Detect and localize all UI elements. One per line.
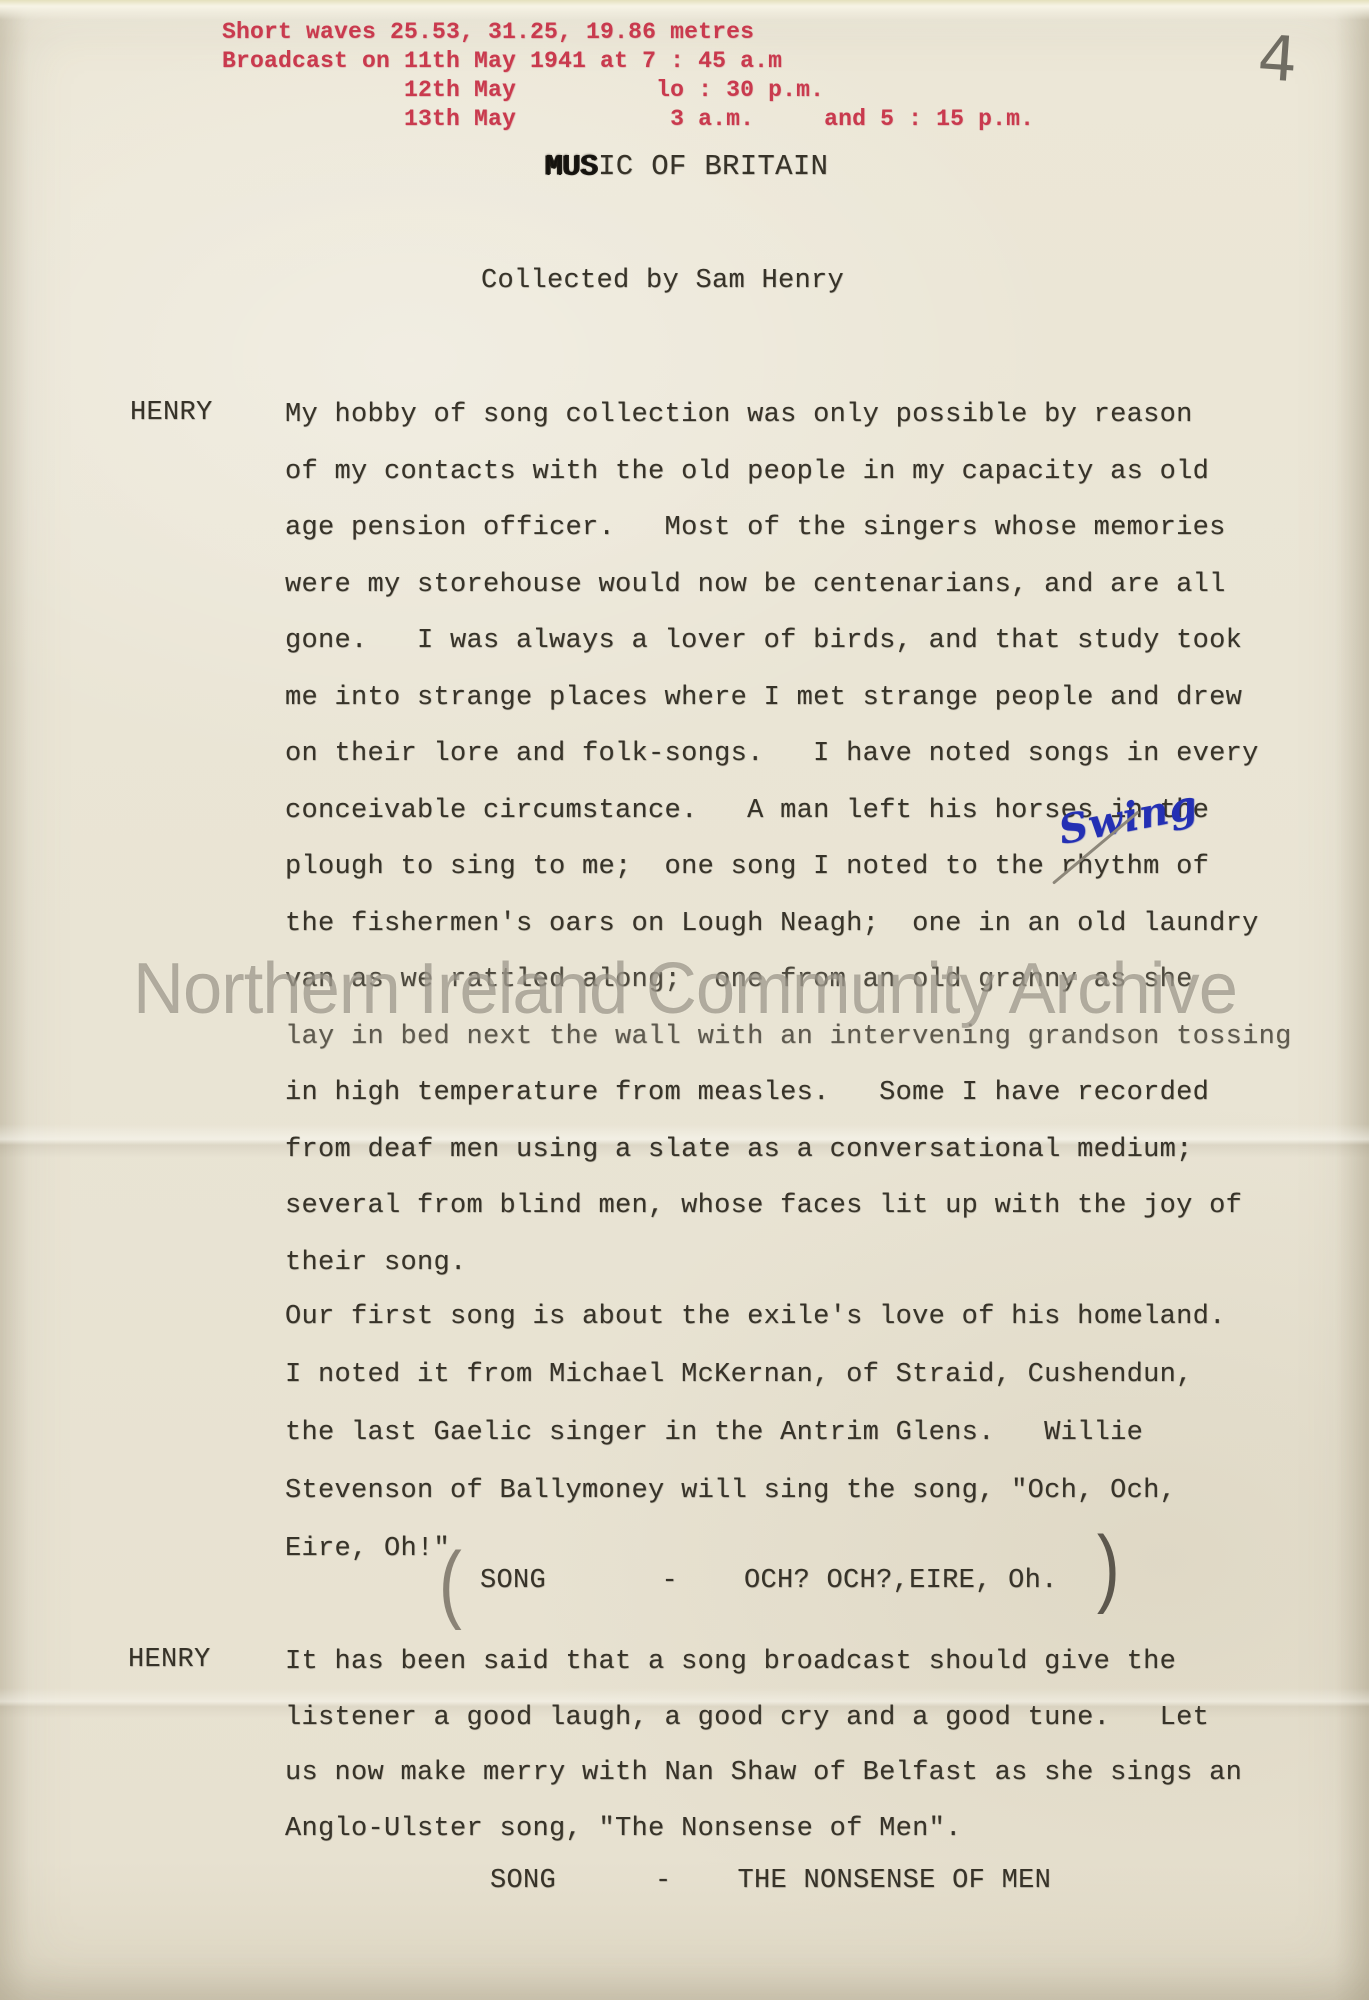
typed-line: Short waves 25.53, 31.25, 19.86 metres — [222, 18, 1034, 47]
document-subtitle: Collected by Sam Henry — [481, 266, 844, 296]
document-title: MUSIC OF BRITAIN — [545, 150, 828, 183]
broadcast-schedule-header: Short waves 25.53, 31.25, 19.86 metresBr… — [222, 18, 1034, 134]
typed-line: Stevenson of Ballymoney will sing the so… — [285, 1474, 1226, 1532]
typed-line: 13th May 3 a.m. and 5 : 15 p.m. — [222, 105, 1034, 134]
typed-line: from deaf men using a slate as a convers… — [285, 1133, 1292, 1190]
script-paragraph-2: It has been said that a song broadcast s… — [285, 1645, 1242, 1867]
scanned-script-page: Short waves 25.53, 31.25, 19.86 metresBr… — [0, 0, 1369, 2000]
typed-line: Our first song is about the exile's love… — [285, 1300, 1226, 1358]
typed-line: age pension officer. Most of the singers… — [285, 511, 1292, 568]
typed-line: us now make merry with Nan Shaw of Belfa… — [285, 1756, 1242, 1812]
title-rest: IC OF BRITAIN — [598, 150, 828, 183]
typed-line: the last Gaelic singer in the Antrim Gle… — [285, 1416, 1226, 1474]
typed-line: me into strange places where I met stran… — [285, 681, 1292, 738]
typed-line: listener a good laugh, a good cry and a … — [285, 1701, 1242, 1757]
typed-line: Broadcast on 11th May 1941 at 7 : 45 a.m — [222, 47, 1034, 76]
typed-line: My hobby of song collection was only pos… — [285, 398, 1292, 455]
typed-line: were my storehouse would now be centenar… — [285, 568, 1292, 625]
typed-line: on their lore and folk-songs. I have not… — [285, 737, 1292, 794]
speaker-label-2: HENRY — [128, 1645, 211, 1675]
speaker-label: HENRY — [130, 398, 213, 428]
typed-line: 12th May lo : 30 p.m. — [222, 76, 1034, 105]
typed-line: of my contacts with the old people in my… — [285, 455, 1292, 512]
archive-watermark: Northern Ireland Community Archive — [133, 948, 1237, 1030]
typed-line: It has been said that a song broadcast s… — [285, 1645, 1242, 1701]
typed-line: plough to sing to me; one song I noted t… — [285, 850, 1292, 907]
handdrawn-open-paren: ( — [439, 1540, 462, 1626]
typed-line: Anglo-Ulster song, "The Nonsense of Men"… — [285, 1812, 1242, 1868]
song-cue-1: SONG - OCH? OCH?,EIRE, Oh. — [480, 1566, 1058, 1596]
script-paragraph-1-continued: Our first song is about the exile's love… — [285, 1300, 1226, 1590]
typed-line: in high temperature from measles. Some I… — [285, 1076, 1292, 1133]
typed-line: several from blind men, whose faces lit … — [285, 1189, 1292, 1246]
typed-line: gone. I was always a lover of birds, and… — [285, 624, 1292, 681]
typed-line: I noted it from Michael McKernan, of Str… — [285, 1358, 1226, 1416]
song-cue-2: SONG - THE NONSENSE OF MEN — [490, 1866, 1051, 1896]
handwritten-page-number: 4 — [1256, 21, 1300, 97]
script-paragraph-1: My hobby of song collection was only pos… — [285, 398, 1292, 1302]
typed-line: their song. — [285, 1246, 1292, 1303]
overstruck-letters: MUS — [545, 150, 598, 183]
paper-top-edge — [0, 0, 1369, 20]
handdrawn-close-paren: ) — [1097, 1524, 1120, 1610]
